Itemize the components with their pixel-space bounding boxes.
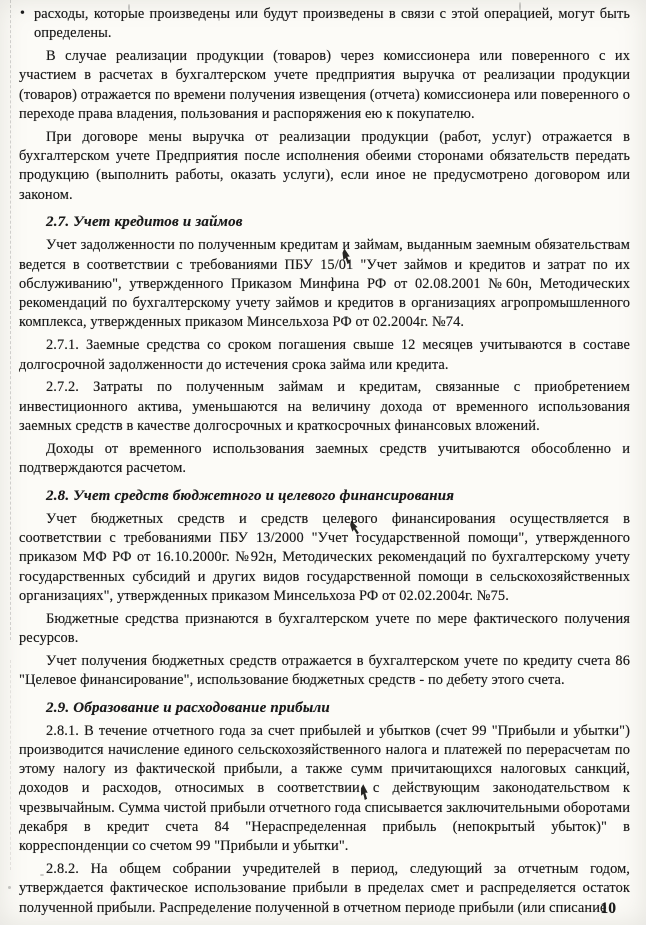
paragraph: Бюджетные средства признаются в бухгалте… <box>19 610 630 649</box>
bullet-paragraph-text: расходы, которые произведены или будут п… <box>34 6 630 41</box>
section-heading: 2.7. Учет кредитов и займов <box>46 213 630 232</box>
paragraph: Учет бюджетных средств и средств целевог… <box>19 510 630 606</box>
paragraph: 2.8.2. На общем собрании учредителей в п… <box>19 860 630 918</box>
paragraph: 2.7.2. Затраты по полученным займам и кр… <box>19 378 630 436</box>
section-heading: 2.8. Учет средств бюджетного и целевого … <box>46 487 630 506</box>
scan-edge-line <box>10 0 11 640</box>
page-number: 10 <box>601 900 617 918</box>
paragraph: Учет получения бюджетных средств отражае… <box>19 652 630 691</box>
scan-edge-line-lower <box>10 660 11 870</box>
bullet-icon: • <box>20 4 25 23</box>
document-body: •расходы, которые произведены или будут … <box>19 5 630 918</box>
paragraph: Учет задолженности по полученным кредита… <box>19 236 630 332</box>
scanned-document-page: •расходы, которые произведены или будут … <box>0 0 646 925</box>
paragraph: 2.7.1. Заемные средства со сроком погаше… <box>19 336 630 375</box>
paragraph: Доходы от временного использования заемн… <box>19 440 630 479</box>
section-heading: 2.9. Образование и расходование прибыли <box>46 699 630 718</box>
paragraph: При договоре мены выручка от реализации … <box>19 128 630 205</box>
scan-speckle <box>8 886 11 889</box>
paragraph: 2.8.1. В течение отчетного года за счет … <box>19 722 630 857</box>
paragraph: В случае реализации продукции (товаров) … <box>19 47 630 124</box>
bullet-paragraph: •расходы, которые произведены или будут … <box>19 5 630 44</box>
